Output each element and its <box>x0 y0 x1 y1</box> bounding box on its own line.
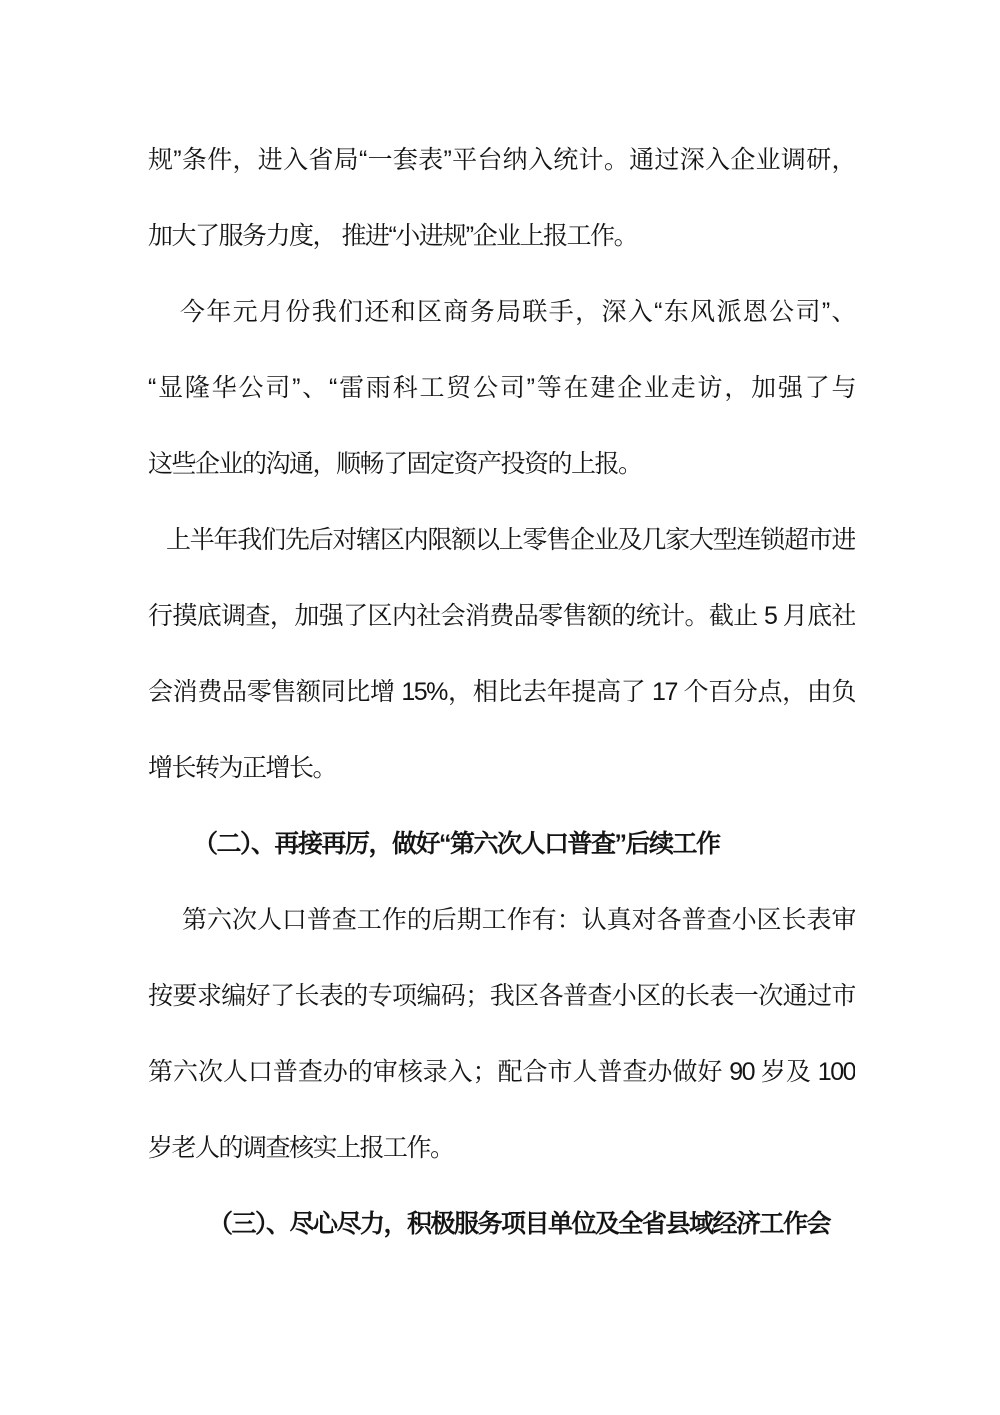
section-heading: （三）、尽心尽力，积极服务项目单位及全省县域经济工作会 <box>148 1186 855 1262</box>
body-line: 增长转为正增长。 <box>148 730 855 806</box>
body-line: 按要求编好了长表的专项编码；我区各普查小区的长表一次通过市 <box>148 958 855 1034</box>
body-line: 规”条件，进入省局“一套表”平台纳入统计。通过深入企业调研， <box>148 122 855 198</box>
body-line: 加大了服务力度， 推进“小进规”企业上报工作。 <box>148 198 855 274</box>
body-line: 第六次人口普查工作的后期工作有：认真对各普查小区长表审核， <box>148 882 855 958</box>
body-line: 行摸底调查，加强了区内社会消费品零售额的统计。截止 5 月底社 <box>148 578 855 654</box>
body-line: 会消费品零售额同比增 15%，相比去年提高了 17 个百分点，由负 <box>148 654 855 730</box>
body-line: 今年元月份我们还和区商务局联手，深入“东风派恩公司”、 <box>148 274 855 350</box>
body-line: 这些企业的沟通，顺畅了固定资产投资的上报。 <box>148 426 855 502</box>
section-heading: （二）、再接再厉，做好“第六次人口普查”后续工作 <box>148 806 855 882</box>
document-page: 规”条件，进入省局“一套表”平台纳入统计。通过深入企业调研， 加大了服务力度， … <box>0 0 1000 1415</box>
body-line: 第六次人口普查办的审核录入；配合市人普查办做好 90 岁及 100 <box>148 1034 855 1110</box>
body-line: 上半年我们先后对辖区内限额以上零售企业及几家大型连锁超市进 <box>148 502 855 578</box>
body-line: “显隆华公司”、“雷雨科工贸公司”等在建企业走访，加强了与 <box>148 350 855 426</box>
body-line: 岁老人的调查核实上报工作。 <box>148 1110 855 1186</box>
